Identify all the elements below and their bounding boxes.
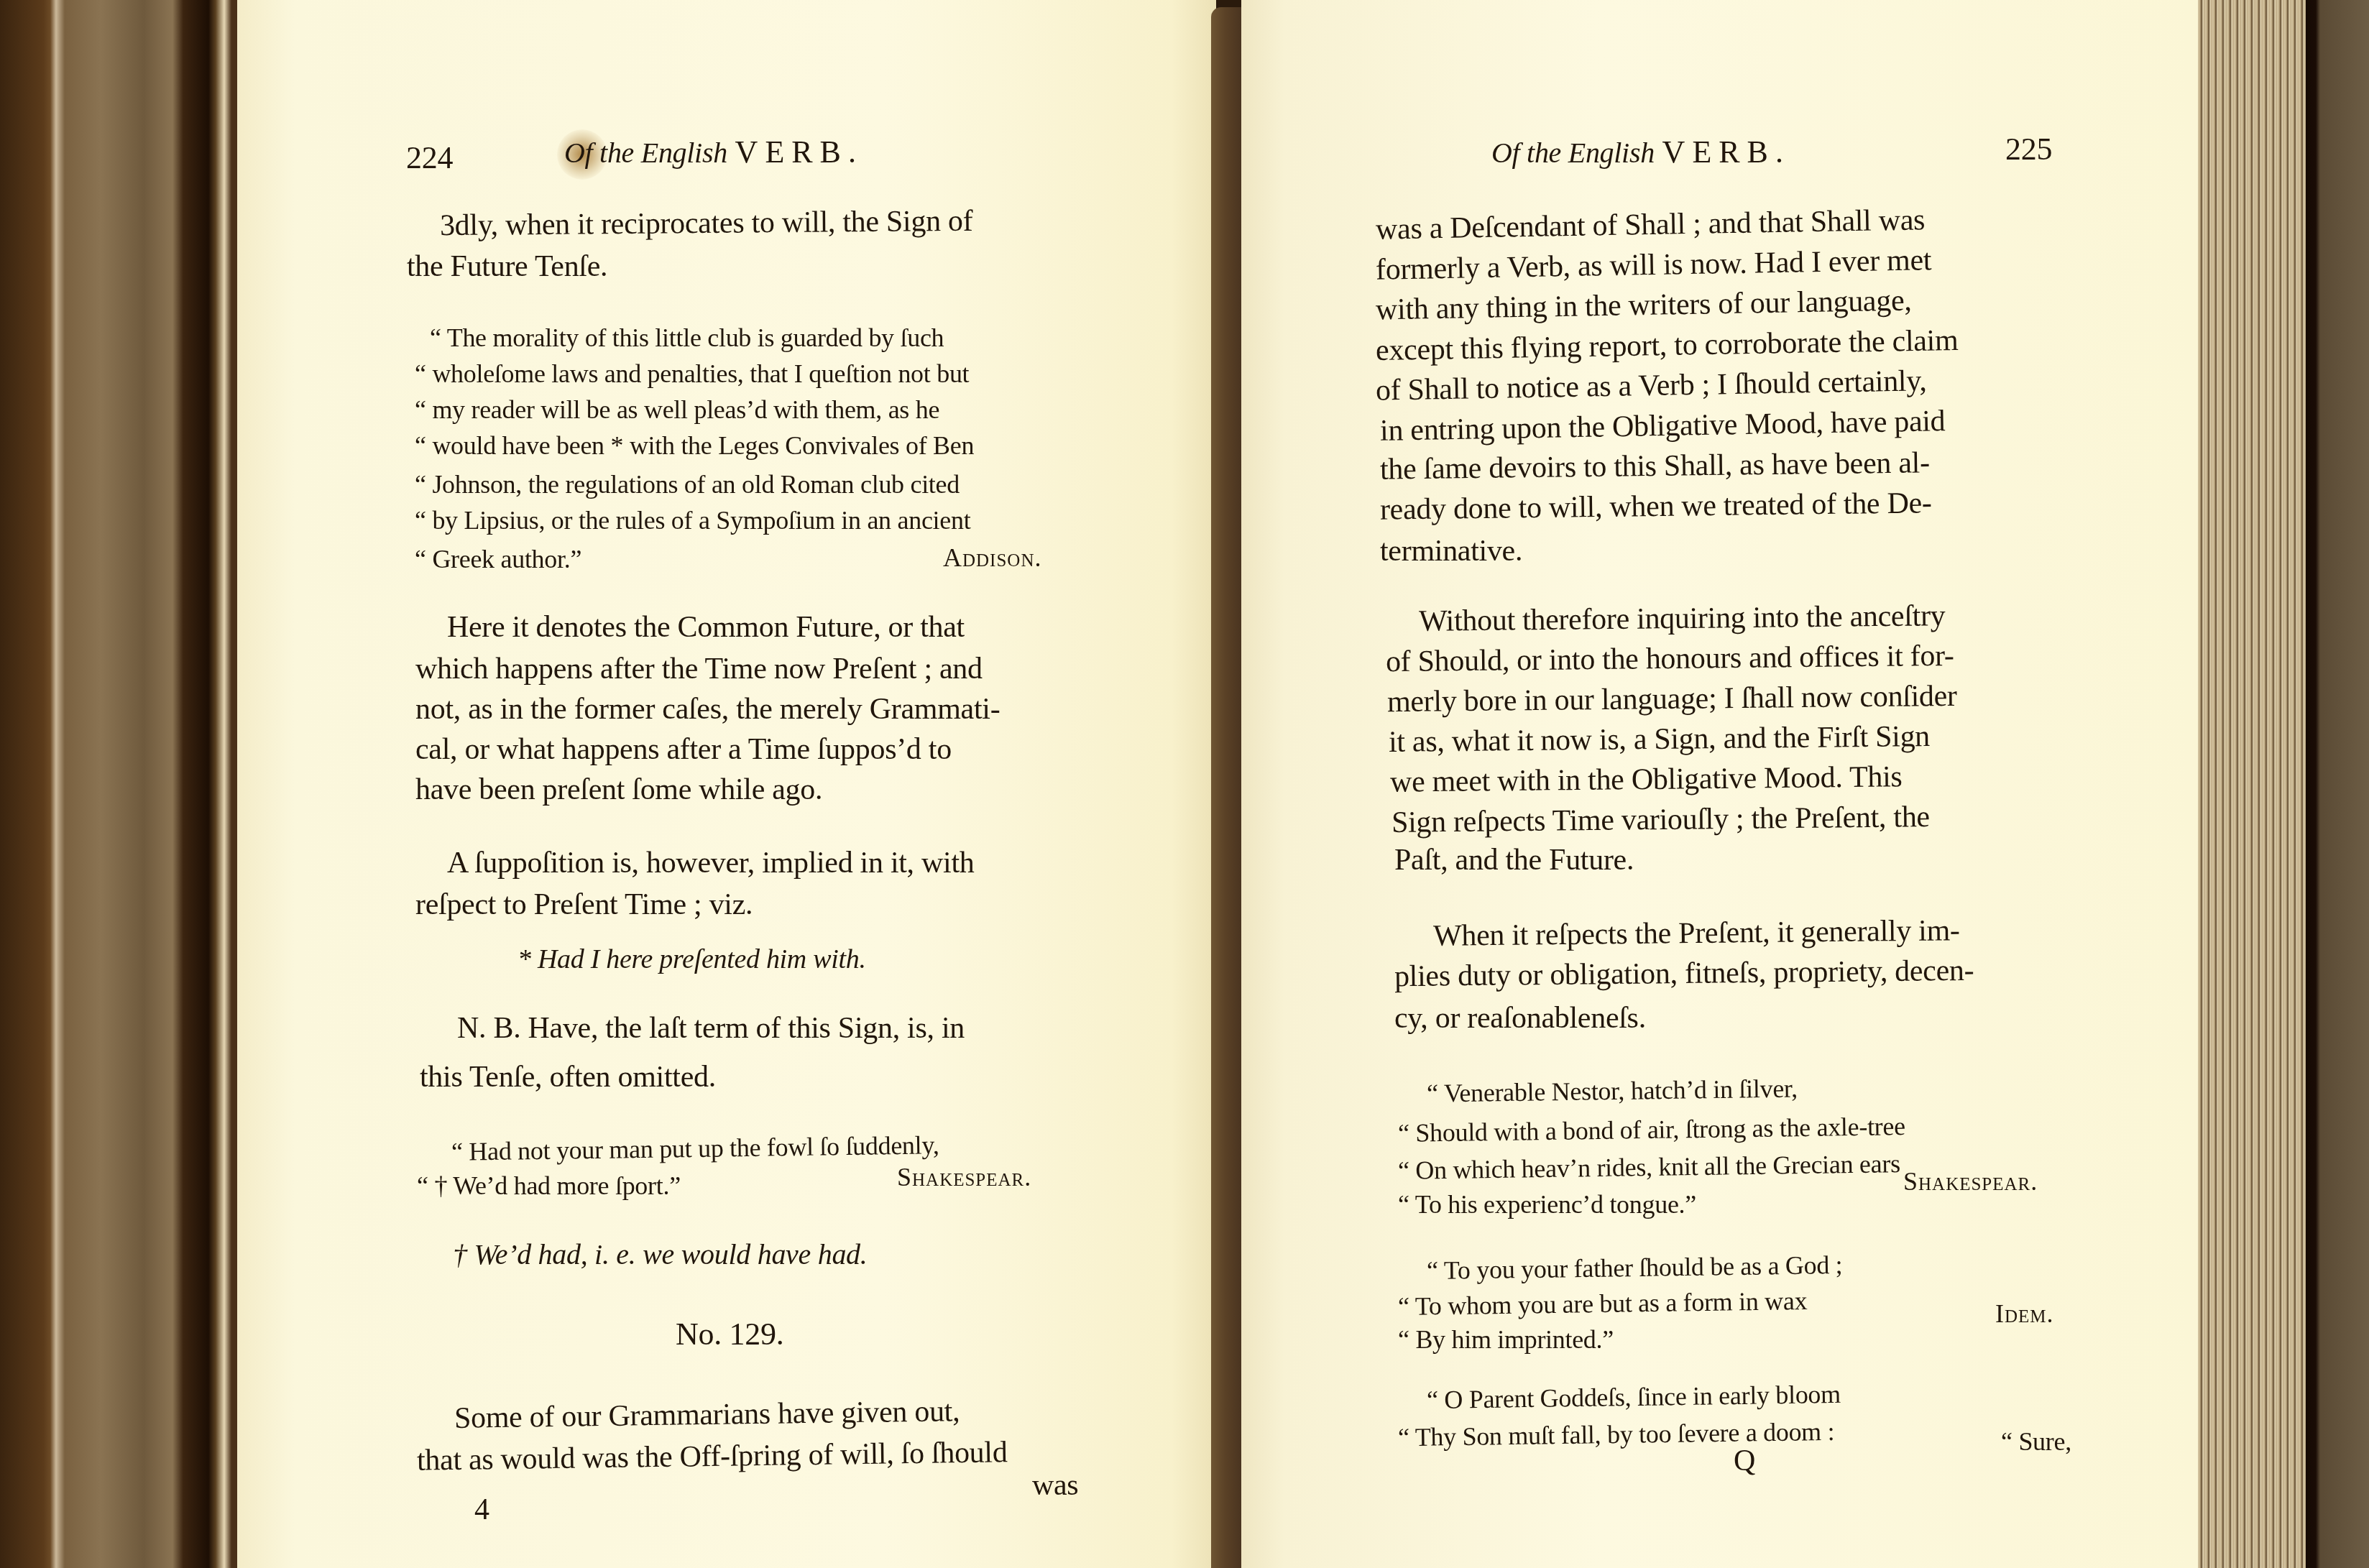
right-p3-line: When it reſpects the Preſent, it general… — [1433, 916, 1960, 951]
left-signature-mark: 4 — [474, 1495, 489, 1525]
left-quote1-line: “ Greek author.” — [415, 546, 581, 572]
right-quote3-line: “ O Parent Goddeſs, ſince in early bloom — [1427, 1381, 1841, 1413]
left-quote2-attribution: Shakespear. — [897, 1164, 1031, 1190]
left-p4-line: Some of our Grammarians have given out, — [454, 1396, 960, 1434]
left-p2-line: Here it denotes the Common Future, or th… — [447, 612, 965, 642]
right-catchword: “ Sure, — [2001, 1429, 2071, 1454]
left-p2-line: which happens after the Time now Preſent… — [415, 654, 983, 684]
left-quote1-line: “ my reader will be as well pleas’d with… — [415, 397, 939, 423]
left-footnote-dagger: † We’d had, i. e. we would have had. — [453, 1240, 868, 1269]
right-quote1-line: “ Venerable Nestor, hatch’d in ſilver, — [1427, 1075, 1798, 1106]
right-quote2-line: “ To you your father ſhould be as a God … — [1427, 1252, 1843, 1283]
right-p2-line: merly bore in our language; I ſhall now … — [1387, 681, 1957, 717]
right-p2-line: Without therefore inquiring into the anc… — [1419, 601, 1946, 637]
right-p2-line: of Should, or into the honours and offic… — [1386, 641, 1954, 677]
left-catchword: was — [1032, 1470, 1078, 1500]
right-p1-line: the ſame devoirs to this Shall, as have … — [1380, 448, 1930, 484]
left-footnote-star: * Had I here preſented him with. — [517, 946, 866, 973]
right-quote1-line: “ To his experienc’d tongue.” — [1398, 1191, 1696, 1217]
right-running-title: Of the English VERB. — [1491, 137, 1790, 168]
right-p3-line: cy, or reaſonableneſs. — [1394, 1003, 1646, 1033]
left-p2-line: not, as in the former caſes, the merely … — [415, 694, 1000, 724]
section-heading: No. 129. — [676, 1319, 783, 1350]
left-quote2-line: “ † We’d had more ſport.” — [417, 1173, 681, 1199]
left-p2-line: have been preſent ſome while ago. — [415, 775, 822, 805]
right-page-number: 225 — [2005, 134, 2052, 165]
right-p2-line: it as, what it now is, a Sign, and the F… — [1389, 721, 1930, 757]
book-gutter — [1211, 7, 1241, 1568]
left-running-title: Of the English VERB. — [564, 137, 863, 168]
left-p4-line: that as would was the Off-ſpring of will… — [417, 1437, 1008, 1475]
left-p2-line: cal, or what happens after a Time ſuppos… — [415, 734, 952, 765]
book-cover-right — [2306, 0, 2369, 1568]
left-nb-line: N. B. Have, the laſt term of this Sign, … — [457, 1013, 965, 1043]
right-quote2-line: “ By him imprinted.” — [1398, 1327, 1614, 1352]
running-title-italic: Of the English — [1491, 137, 1655, 169]
right-quote2-line: “ To whom you are but as a form in wax — [1398, 1288, 1808, 1319]
left-quote1-line: “ The morality of this little club is gu… — [430, 325, 944, 351]
right-p2-line: Paſt, and the Future. — [1394, 845, 1634, 875]
right-quote1-line: “ On which heav’n rides, knit all the Gr… — [1398, 1150, 1900, 1184]
right-quote2-attribution: Idem. — [1995, 1301, 2054, 1327]
right-quote1-attribution: Shakespear. — [1903, 1168, 2038, 1194]
right-p1-line: terminative. — [1380, 536, 1522, 566]
running-title-caps: VERB. — [1662, 134, 1790, 170]
left-quote2-line: “ Had not your man put up the fowl ſo ſu… — [451, 1132, 939, 1164]
right-signature-mark: Q — [1734, 1446, 1755, 1476]
left-quote1-attribution: Addison. — [943, 545, 1041, 571]
right-p2-line: we meet with in the Obligative Mood. Thi… — [1390, 762, 1903, 797]
running-title-italic: Of the English — [564, 137, 727, 169]
right-p2-line: Sign reſpects Time variouſly ; the Preſe… — [1391, 802, 1930, 838]
left-p3-line: A ſuppoſition is, however, implied in it… — [447, 848, 975, 878]
right-p3-line: plies duty or obligation, fitneſs, propr… — [1394, 956, 1974, 992]
left-quote1-line: “ would have been * with the Leges Convi… — [415, 433, 974, 458]
left-p1-line: 3dly, when it reciprocates to will, the … — [440, 206, 973, 241]
left-quote1-line: “ Johnson, the regulations of an old Rom… — [415, 471, 960, 497]
right-p1-line: ready done to will, when we treated of t… — [1380, 488, 1932, 525]
left-quote1-line: “ by Lipsius, or the rules of a Sympoſiu… — [415, 507, 970, 533]
left-nb-line: this Tenſe, often omitted. — [420, 1062, 716, 1092]
left-p3-line: reſpect to Preſent Time ; viz. — [415, 890, 753, 920]
left-page-number: 224 — [406, 142, 453, 174]
left-quote1-line: “ wholeſome laws and penalties, that I q… — [415, 361, 969, 387]
running-title-caps: VERB. — [735, 134, 863, 170]
right-quote1-line: “ Should with a bond of air, ſtrong as t… — [1398, 1113, 1905, 1146]
book-page-edges-left — [0, 0, 237, 1568]
left-p1-line: the Future Tenſe. — [407, 252, 607, 282]
right-quote3-line: “ Thy Son muſt fall, by too ſevere a doo… — [1398, 1419, 1835, 1450]
